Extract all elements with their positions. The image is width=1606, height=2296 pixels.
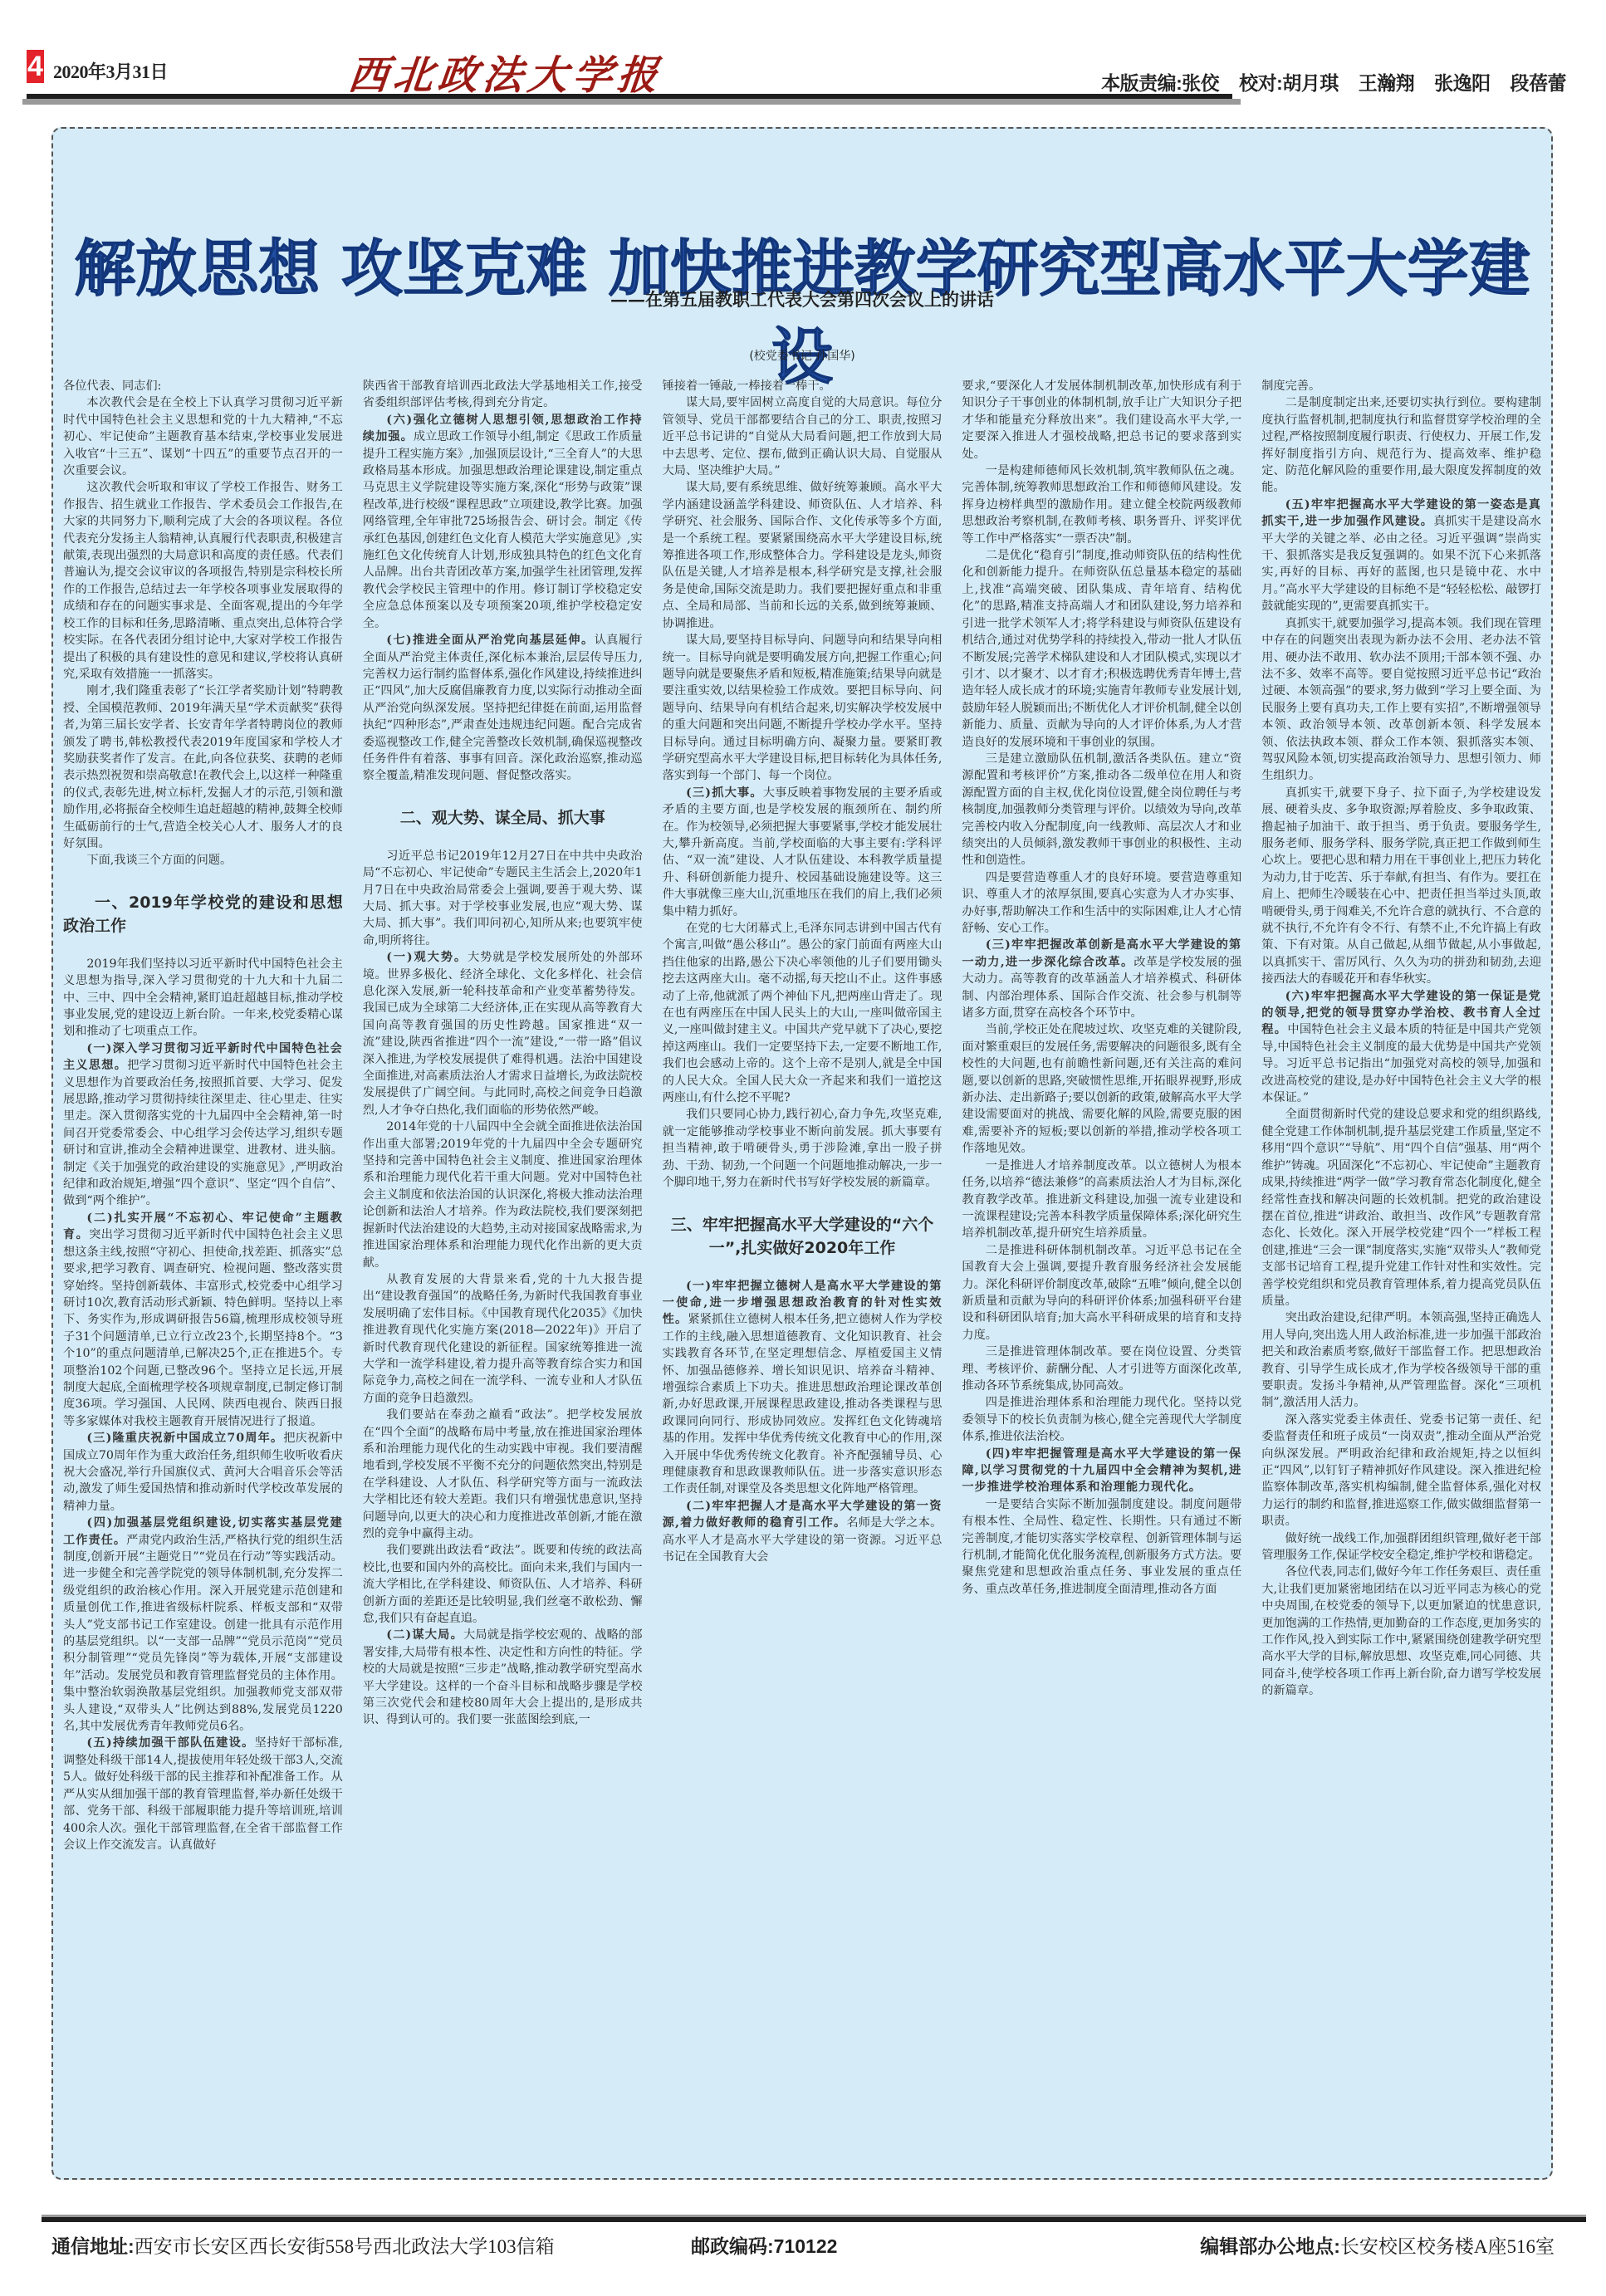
paragraph: 做好统一战线工作,加强群团组织管理,做好老干部管理服务工作,保证学校安全稳定,维… <box>1261 1530 1541 1564</box>
paragraph: 三是推进管理体制改革。要在岗位设置、分类管理、考核评价、薪酬分配、人才引进等方面… <box>962 1344 1241 1394</box>
paragraph-text: 二是推进科研体制机制改革。习近平总书记在全国教育大会上强调,要提升教育服务经济社… <box>962 1244 1241 1342</box>
paragraph-text: 二是制度制定出来,还要切实执行到位。要构建制度执行监督机制,把制度执行和监督贯穿… <box>1261 396 1541 494</box>
paragraph-lead-heading: (一)观大势。 <box>386 951 468 964</box>
paragraph: 二是推进科研体制机制改革。习近平总书记在全国教育大会上强调,要提升教育服务经济社… <box>962 1242 1241 1344</box>
paragraph-text: 从教育发展的大背景来看,党的十九大报告提出“建设教育强国”的战略任务,为新时代我… <box>363 1273 643 1405</box>
paragraph-text: 认真履行全面从严治党主体责任,深化标本兼治,层层传导压力,完善权力运行制约监督体… <box>363 634 643 782</box>
page-number-badge: 4 <box>27 50 44 83</box>
section-heading: 一、2019年学校党的建设和思想政治工作 <box>63 891 343 937</box>
paragraph: (六)牢牢把握高水平大学建设的第一保证是党的领导,把党的领导贯穿办学治校、教书育… <box>1261 988 1541 1107</box>
paragraph-text: 成立思政工作领导小组,制定《思政工作质量提升工程实施方案》,加强顶层设计,“三全… <box>363 430 643 629</box>
proofreader: 段蓓蕾 <box>1511 72 1567 94</box>
office-label: 编辑部办公地点: <box>1200 2235 1340 2257</box>
address-label: 通信地址: <box>51 2235 135 2257</box>
paragraph: 全面贯彻新时代党的建设总要求和党的组织路线,健全党建工作体制机制,提升基层党建工… <box>1261 1106 1541 1310</box>
paragraph: (三)牢牢把握改革创新是高水平大学建设的第一动力,进一步深化综合改革。改革是学校… <box>962 937 1241 1021</box>
paragraph: (二)牢牢把握人才是高水平大学建设的第一资源,着力做好教师的稳育引工作。名师是大… <box>663 1498 943 1566</box>
paragraph-text: 深入落实党委主体责任、党委书记第一责任、纪委监督责任和班子成员“一岗双责”,推动… <box>1261 1413 1541 1528</box>
paragraph-text: 全面贯彻新时代党的建设总要求和党的组织路线,健全党建工作体制机制,提升基层党建工… <box>1261 1108 1541 1307</box>
paragraph-text: 一是推进人才培养制度改革。以立德树人为根本任务,以培养“德法兼修”的高素质法治人… <box>962 1159 1241 1241</box>
paragraph: 锤接着一锤敲,一棒接着一棒干。 <box>663 378 943 394</box>
paragraph-text: 一是构建师德师风长效机制,筑牢教师队伍之魂。完善体制,统筹教师思想政治工作和师德… <box>962 464 1241 546</box>
paragraph-text: 中国特色社会主义最本质的特征是中国共产党领导,中国特色社会主义制度的最大优势是中… <box>1261 1023 1541 1104</box>
paragraph-text: 我们要站在奉劲之巅看“政法”。把学校发展放在“四个全面”的战略布局中考量,放在推… <box>363 1408 643 1540</box>
paragraph-lead-heading: (二)谋大局。 <box>386 1628 463 1642</box>
paragraph-text: 我们要跳出政法看“政法”。既要和传统的政法高校比,也要和国内外的高校比。面向未来… <box>363 1544 643 1625</box>
paragraph-text: 谋大局,要有系统思维、做好统筹兼顾。高水平大学内涵建设涵盖学科建设、师资队伍、人… <box>663 481 943 629</box>
paragraph-lead-heading: (七)推进全面从严治党向基层延伸。 <box>386 634 594 647</box>
paragraph-text: 一是要结合实际不断加强制度建设。制度问题带有根本性、全局性、稳定性、长期性。只有… <box>962 1498 1241 1596</box>
paragraph: (三)抓大事。大事反映着事物发展的主要矛盾或矛盾的主要方面,也是学校发展的瓶颈所… <box>663 785 943 920</box>
paragraph: 突出政治建设,纪律严明。本领高强,坚持正确选人用人导向,突出选人用人政治标准,进… <box>1261 1310 1541 1411</box>
paragraph-text: 制度完善。 <box>1261 379 1320 393</box>
paragraph: 陕西省干部教育培训西北政法大学基地相关工作,接受省委组织部评估考核,得到充分肯定… <box>363 378 643 412</box>
paragraph: 本次教代会是在全校上下认真学习贯彻习近平新时代中国特色社会主义思想和党的十九大精… <box>63 394 343 479</box>
paragraph: 下面,我谈三个方面的问题。 <box>63 852 343 869</box>
paragraph: (五)持续加强干部队伍建设。坚持好干部标准,调整处科级干部14人,提拔使用年轻处… <box>63 1735 343 1853</box>
paragraph-text: 真抓实干是建设高水平大学的关键之举、必由之径。习近平强调“崇尚实干、狠抓落实是我… <box>1261 515 1541 613</box>
section-heading: 二、观大势、谋全局、抓大事 <box>363 806 643 830</box>
paragraph: (二)谋大局。大局就是指学校宏观的、战略的部署安排,大局带有根本性、决定性和方向… <box>363 1627 643 1728</box>
footer: 通信地址:西安市长安区西长安街558号西北政法大学103信箱 邮政编码:7101… <box>51 2231 1555 2264</box>
proofreader: 校对:胡月琪 <box>1239 72 1339 94</box>
paragraph-text: 坚持好干部标准,调整处科级干部14人,提拔使用年轻处级干部3人,交流5人。做好处… <box>63 1736 343 1851</box>
postcode-label: 邮政编码: <box>691 2235 774 2257</box>
paragraph: 四是推进治理体系和治理能力现代化。坚持以党委领导下的校长负责制为核心,健全完善现… <box>962 1394 1241 1445</box>
paragraph-text: 真抓实干,就要下身子、拉下面子,为学校建设发展、硬着头皮、多争取资源;厚着脸皮、… <box>1261 786 1541 986</box>
newspaper-logo: 西北政法大学报 <box>345 43 665 100</box>
paragraph-text: 大事反映着事物发展的主要矛盾或矛盾的主要方面,也是学校发展的瓶颈所在、制约所在。… <box>663 786 943 918</box>
paragraph: 刚才,我们隆重表彰了“长江学者奖励计划”特聘教授、全国模范教师、2019年满天星… <box>63 683 343 852</box>
paragraph: 2019年我们坚持以习近平新时代中国特色社会主义思想为指导,深入学习贯彻党的十九… <box>63 956 343 1040</box>
footer-rule-dark <box>42 2217 1586 2222</box>
paragraph-text: 下面,我谈三个方面的问题。 <box>86 854 232 867</box>
paragraph-text: 突出学习贯彻习近平新时代中国特色社会主义思想这条主线,按照“守初心、担使命,找差… <box>63 1228 343 1427</box>
paragraph-text: 三是推进管理体制改革。要在岗位设置、分类管理、考核评价、薪酬分配、人才引进等方面… <box>962 1345 1241 1393</box>
proofreader: 王瀚翔 <box>1359 72 1415 94</box>
article-box: 解放思想 攻坚克难 加快推进教学研究型高水平大学建设 ——在第五届教职工代表大会… <box>51 127 1553 2180</box>
editor-credits: 本版责编:张佼 校对:胡月琪 王瀚翔 张逸阳 段蓓蕾 <box>1086 68 1566 95</box>
paragraph-text: 突出政治建设,纪律严明。本领高强,坚持正确选人用人导向,突出选人用人政治标准,进… <box>1261 1311 1541 1409</box>
paragraph-text: 二是优化“稳育引”制度,推动师资队伍的结构性优化和创新能力提升。在师资队伍总量基… <box>962 549 1241 748</box>
paragraph: (七)推进全面从严治党向基层延伸。认真履行全面从严治党主体责任,深化标本兼治,层… <box>363 632 643 785</box>
paragraph: 四是要营造尊重人才的良好环境。要营造尊重知识、尊重人才的浓厚氛围,要真心实意为人… <box>962 869 1241 937</box>
issue-date: 2020年3月31日 <box>53 58 168 84</box>
office-value: 长安校区校务楼A座516室 <box>1340 2236 1555 2257</box>
paragraph-text: 陕西省干部教育培训西北政法大学基地相关工作,接受省委组织部评估考核,得到充分肯定… <box>363 379 643 409</box>
mailing-address: 通信地址:西安市长安区西长安街558号西北政法大学103信箱 <box>51 2231 555 2259</box>
paragraph: 真抓实干,就要下身子、拉下面子,为学校建设发展、硬着头皮、多争取资源;厚着脸皮、… <box>1261 785 1541 988</box>
paragraph: 制度完善。 <box>1261 378 1541 394</box>
paragraph: 真抓实干,就要加强学习,提高本领。我们现在管理中存在的问题突出表现为新办法不会用… <box>1261 615 1541 785</box>
article-column: 各位代表、同志们:本次教代会是在全校上下认真学习贯彻习近平新时代中国特色社会主义… <box>63 378 343 2163</box>
paragraph-text: 四是要营造尊重人才的良好环境。要营造尊重知识、尊重人才的浓厚氛围,要真心实意为人… <box>962 871 1241 935</box>
paragraph-text: 2014年党的十八届四中全会就全面推进依法治国作出重大部署;2019年党的十九届… <box>363 1120 643 1269</box>
paragraph-text: 真抓实干,就要加强学习,提高本领。我们现在管理中存在的问题突出表现为新办法不会用… <box>1261 617 1541 783</box>
paragraph-text: 锤接着一锤敲,一棒接着一棒干。 <box>663 379 831 393</box>
paragraph-lead-heading: (五)持续加强干部队伍建设。 <box>86 1736 254 1750</box>
paragraph-lead-heading: (四)牢牢把握管理是高水平大学建设的第一保障,以学习贯彻党的十九届四中全会精神为… <box>962 1447 1241 1495</box>
masthead: 4 2020年3月31日 西北政法大学报 本版责编:张佼 校对:胡月琪 王瀚翔 … <box>0 0 1606 108</box>
paragraph-text: 要求,“要深化人才发展体制机制改革,加快形成有利于知识分子干事创业的体制机制,放… <box>962 379 1241 461</box>
paragraph-text: 做好统一战线工作,加强群团组织管理,做好老干部管理服务工作,保证学校安全稳定,维… <box>1261 1532 1541 1562</box>
paragraph: 2014年党的十八届四中全会就全面推进依法治国作出重大部署;2019年党的十九届… <box>363 1119 643 1271</box>
paragraph: 要求,“要深化人才发展体制机制改革,加快形成有利于知识分子干事创业的体制机制,放… <box>962 378 1241 463</box>
paragraph-text: 习近平总书记2019年12月27日在中共中央政治局“不忘初心、牢记使命”专题民主… <box>363 849 643 947</box>
paragraph: 在党的七大闭幕式上,毛泽东同志讲到中国古代有个寓言,叫做“愚公移山”。愚公的家门… <box>663 920 943 1106</box>
paragraph-text: 本次教代会是在全校上下认真学习贯彻习近平新时代中国特色社会主义思想和党的十九大精… <box>63 396 343 477</box>
paragraph: 深入落实党委主体责任、党委书记第一责任、纪委监督责任和班子成员“一岗双责”,推动… <box>1261 1412 1541 1530</box>
paragraph-text: 严肃党内政治生活,严格执行党的组织生活制度,创新开展“主题党日”“党员在行动”等… <box>63 1534 343 1733</box>
paragraph: (二)扎实开展“不忘初心、牢记使命”主题教育。突出学习贯彻习近平新时代中国特色社… <box>63 1210 343 1430</box>
paragraph: 我们要站在奉劲之巅看“政法”。把学校发展放在“四个全面”的战略布局中考量,放在推… <box>363 1407 643 1542</box>
paragraph-lead-heading: (三)隆重庆祝新中国成立70周年。 <box>86 1432 283 1445</box>
paragraph-text: 各位代表、同志们: <box>63 379 161 393</box>
paragraph: 三是建立激励队伍机制,激活各类队伍。建立“资源配置和考核评价”方案,推动各二级单… <box>962 751 1241 869</box>
paragraph-text: 这次教代会听取和审议了学校工作报告、财务工作报告、招生就业工作报告、学术委员会工… <box>63 481 343 680</box>
paragraph-text: 把学习贯彻习近平新时代中国特色社会主义思想作为首要政治任务,按照抓首要、大学习、… <box>63 1059 343 1207</box>
article-column: 要求,“要深化人才发展体制机制改革,加快形成有利于知识分子干事创业的体制机制,放… <box>962 378 1241 2163</box>
paragraph: 一是推进人才培养制度改革。以立德树人为根本任务,以培养“德法兼修”的高素质法治人… <box>962 1158 1241 1242</box>
paragraph-text: 各位代表,同志们,做好今年工作任务艰巨、责任重大,让我们更加紧密地团结在以习近平… <box>1261 1565 1541 1697</box>
paragraph-text: 三是建立激励队伍机制,激活各类队伍。建立“资源配置和考核评价”方案,推动各二级单… <box>962 752 1241 867</box>
editorial-office: 编辑部办公地点:长安校区校务楼A座516室 <box>1200 2231 1555 2259</box>
paragraph: 各位代表、同志们: <box>63 378 343 394</box>
paragraph: 二是制度制定出来,还要切实执行到位。要构建制度执行监督机制,把制度执行和监督贯穿… <box>1261 394 1541 496</box>
paragraph: 这次教代会听取和审议了学校工作报告、财务工作报告、招生就业工作报告、学术委员会工… <box>63 479 343 683</box>
paragraph: (一)深入学习贯彻习近平新时代中国特色社会主义思想。把学习贯彻习近平新时代中国特… <box>63 1040 343 1210</box>
postcode: 邮政编码:710122 <box>691 2231 837 2259</box>
paragraph-text: 在党的七大闭幕式上,毛泽东同志讲到中国古代有个寓言,叫做“愚公移山”。愚公的家门… <box>663 922 943 1104</box>
paragraph: 我们要跳出政法看“政法”。既要和传统的政法高校比,也要和国内外的高校比。面向未来… <box>363 1542 643 1627</box>
paragraph-text: 当前,学校正处在爬坡过坎、攻坚克难的关键阶段,面对繁重艰巨的发展任务,需要解决的… <box>962 1023 1241 1155</box>
paragraph: (一)观大势。大势就是学校发展所处的外部环境。世界多极化、经济全球化、文化多样化… <box>363 949 643 1119</box>
paragraph: 一是构建师德师风长效机制,筑牢教师队伍之魂。完善体制,统筹教师思想政治工作和师德… <box>962 463 1241 547</box>
section-heading: 三、牢牢把握高水平大学建设的“六个一”,扎实做好2020年工作 <box>663 1213 943 1260</box>
paragraph-lead-heading: (三)抓大事。 <box>686 786 763 800</box>
header-rule-gray <box>22 99 1241 105</box>
article-columns: 各位代表、同志们:本次教代会是在全校上下认真学习贯彻习近平新时代中国特色社会主义… <box>63 378 1541 2163</box>
article-column: 制度完善。二是制度制定出来,还要切实执行到位。要构建制度执行监督机制,把制度执行… <box>1261 378 1541 2163</box>
paragraph: 从教育发展的大背景来看,党的十九大报告提出“建设教育强国”的战略任务,为新时代我… <box>363 1271 643 1407</box>
paragraph: 谋大局,要牢固树立高度自觉的大局意识。每位分管领导、党员干部都要结合自己的分工、… <box>663 394 943 479</box>
paragraph: (五)牢牢把握高水平大学建设的第一姿态是真抓实干,进一步加强作风建设。真抓实干是… <box>1261 497 1541 615</box>
paragraph: (三)隆重庆祝新中国成立70周年。把庆祝新中国成立70周年作为重大政治任务,组织… <box>63 1430 343 1515</box>
paragraph: (六)强化立德树人思想引领,思想政治工作持续加强。成立思政工作领导小组,制定《思… <box>363 412 643 632</box>
paragraph-text: 我们只要同心协力,践行初心,奋力争先,攻坚克难,就一定能够推动学校事业不断向前发… <box>663 1108 943 1189</box>
paragraph: 一是要结合实际不断加强制度建设。制度问题带有根本性、全局性、稳定性、长期性。只有… <box>962 1496 1241 1598</box>
paragraph-text: 谋大局,要牢固树立高度自觉的大局意识。每位分管领导、党员干部都要结合自己的分工、… <box>663 396 943 477</box>
paragraph-text: 谋大局,要坚持目标导向、问题导向和结果导向相统一。目标导向就是要明确发展方向,把… <box>663 634 943 782</box>
address-value: 西安市长安区西长安街558号西北政法大学103信箱 <box>135 2236 555 2257</box>
paragraph-text: 大势就是学校发展所处的外部环境。世界多极化、经济全球化、文化多样化、社会信息化深… <box>363 951 643 1117</box>
paragraph: (四)牢牢把握管理是高水平大学建设的第一保障,以学习贯彻党的十九届四中全会精神为… <box>962 1446 1241 1496</box>
paragraph-text: 四是推进治理体系和治理能力现代化。坚持以党委领导下的校长负责制为核心,健全完善现… <box>962 1396 1241 1443</box>
paragraph: 二是优化“稳育引”制度,推动师资队伍的结构性优化和创新能力提升。在师资队伍总量基… <box>962 547 1241 751</box>
article-column: 陕西省干部教育培训西北政法大学基地相关工作,接受省委组织部评估考核,得到充分肯定… <box>363 378 643 2163</box>
paragraph: 各位代表,同志们,做好今年工作任务艰巨、责任重大,让我们更加紧密地团结在以习近平… <box>1261 1564 1541 1699</box>
paragraph: (四)加强基层党组织建设,切实落实基层党建工作责任。严肃党内政治生活,严格执行党… <box>63 1515 343 1735</box>
paragraph: 我们只要同心协力,践行初心,奋力争先,攻坚克难,就一定能够推动学校事业不断向前发… <box>663 1106 943 1191</box>
paragraph-text: 紧紧抓住立德树人根本任务,把立德树人作为学校工作的主线,融入思想道德教育、文化知… <box>663 1313 943 1496</box>
paragraph: (一)牢牢把握立德树人是高水平大学建设的第一使命,进一步增强思想政治教育的针对性… <box>663 1278 943 1498</box>
editor-in-charge: 本版责编:张佼 <box>1101 72 1219 94</box>
postcode-value: 710122 <box>774 2235 838 2257</box>
paragraph-text: 2019年我们坚持以习近平新时代中国特色社会主义思想为指导,深入学习贯彻党的十九… <box>63 957 343 1039</box>
paragraph: 谋大局,要有系统思维、做好统筹兼顾。高水平大学内涵建设涵盖学科建设、师资队伍、人… <box>663 479 943 632</box>
paragraph-text: 大局就是指学校宏观的、战略的部署安排,大局带有根本性、决定性和方向性的特征。学校… <box>363 1628 643 1726</box>
article-subtitle: ——在第五届教职工代表大会第四次会议上的讲话 <box>53 286 1551 311</box>
article-column: 锤接着一锤敲,一棒接着一棒干。谋大局,要牢固树立高度自觉的大局意识。每位分管领导… <box>663 378 943 2163</box>
paragraph-text: 刚才,我们隆重表彰了“长江学者奖励计划”特聘教授、全国模范教师、2019年满天星… <box>63 684 343 850</box>
article-byline: (校党委书记 孙国华) <box>53 347 1551 364</box>
paragraph: 习近平总书记2019年12月27日在中共中央政治局“不忘初心、牢记使命”专题民主… <box>363 848 643 949</box>
paragraph: 当前,学校正处在爬坡过坎、攻坚克难的关键阶段,面对繁重艰巨的发展任务,需要解决的… <box>962 1021 1241 1157</box>
proofreader: 张逸阳 <box>1434 72 1491 94</box>
paragraph: 谋大局,要坚持目标导向、问题导向和结果导向相统一。目标导向就是要明确发展方向,把… <box>663 632 943 785</box>
